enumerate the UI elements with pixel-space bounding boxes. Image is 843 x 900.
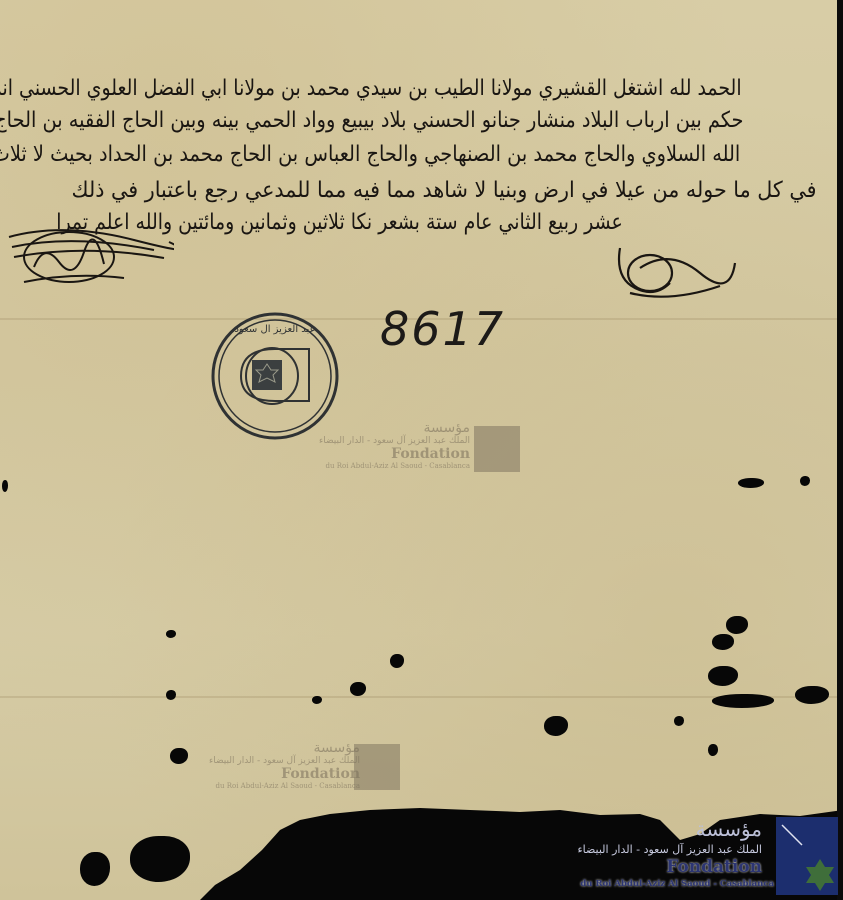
paper-hole: [544, 716, 568, 736]
catalog-number: 8617: [380, 302, 505, 356]
paper-hole: [166, 690, 176, 700]
watermark-latin-title: Fondation: [300, 446, 470, 462]
manuscript-line-4: في كل ما حوله من عيلا في ارض وبنيا لا شا…: [71, 178, 816, 203]
corner-latin-subtitle: du Roi Abdul-Aziz Al Saoud - Casablanca: [580, 879, 774, 889]
foundation-logo-icon: [776, 817, 838, 895]
watermark-arabic-title: مؤسسة: [190, 740, 360, 756]
corner-arabic-title: مؤسسة: [696, 817, 762, 841]
paper-hole: [726, 616, 748, 634]
paper-hole: [708, 666, 738, 686]
foundation-corner-logo: مؤسسة الملك عبد العزيز آل سعود - الدار ا…: [568, 817, 838, 895]
paper-hole: [390, 654, 404, 668]
corner-arabic-subtitle: الملك عبد العزيز آل سعود - الدار البيضاء: [577, 843, 762, 856]
paper-hole: [800, 476, 810, 486]
signature-left: [4, 212, 174, 292]
parchment-page: الحمد لله اشتغل القشيري مولانا الطيب بن …: [0, 0, 838, 900]
watermark-arabic-subtitle: الملك عبد العزيز آل سعود - الدار البيضاء: [190, 756, 360, 766]
paper-hole: [312, 696, 322, 704]
paper-hole: [712, 634, 734, 650]
manuscript-line-3: الله السلاوي والحاج محمد بن الصنهاجي وال…: [0, 142, 740, 167]
manuscript-line-1: الحمد لله اشتغل القشيري مولانا الطيب بن …: [0, 76, 742, 101]
manuscript-line-2: حكم بين ارباب البلاد منشار جنانو الحسني …: [0, 108, 743, 133]
paper-hole: [166, 630, 176, 638]
seal-inscription: عبد العزيز ال سعود: [234, 324, 315, 335]
paper-hole: [2, 480, 8, 492]
paper-hole: [708, 744, 718, 756]
paper-hole: [795, 686, 829, 704]
corner-latin-title: Fondation: [666, 857, 762, 877]
signature-right: [610, 238, 740, 308]
paper-hole: [170, 748, 188, 764]
watermark-arabic-subtitle: الملك عبد العزيز آل سعود - الدار البيضاء: [300, 436, 470, 446]
watermark-latin-subtitle: du Roi Abdul-Aziz Al Saoud - Casablanca: [300, 462, 470, 470]
fold-line: [0, 696, 838, 698]
watermark-mid: مؤسسة الملك عبد العزيز آل سعود - الدار ا…: [300, 420, 470, 470]
scan-border: [837, 0, 843, 900]
paper-hole: [738, 478, 764, 488]
paper-hole: [350, 682, 366, 696]
watermark-arabic-title: مؤسسة: [300, 420, 470, 436]
watermark-logo-icon: [354, 744, 400, 790]
paper-hole: [674, 716, 684, 726]
paper-hole: [712, 694, 774, 708]
watermark-latin-subtitle: du Roi Abdul-Aziz Al Saoud - Casablanca: [190, 782, 360, 790]
watermark-latin-title: Fondation: [190, 766, 360, 782]
watermark-lower: مؤسسة الملك عبد العزيز آل سعود - الدار ا…: [190, 740, 360, 790]
watermark-logo-icon: [474, 426, 520, 472]
